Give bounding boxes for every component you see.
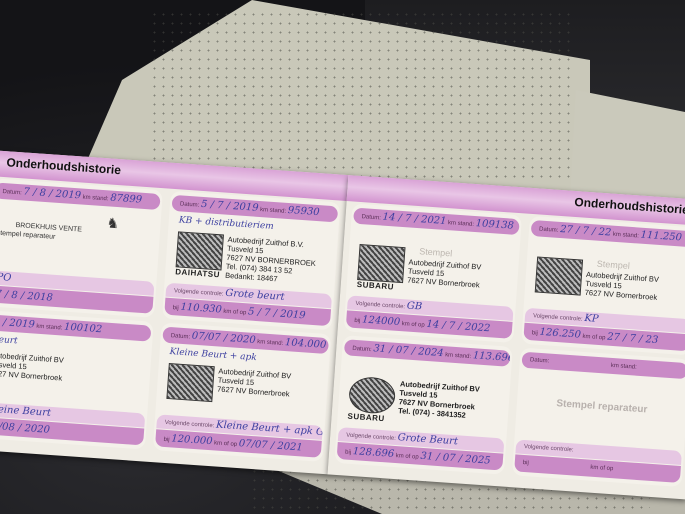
service-entry: Datum: 14 / 7 / 2021 km stand: 109138 SU… xyxy=(344,203,523,343)
next-check-label: Volgende controle: xyxy=(346,433,396,442)
service-date: 27 / 7 / 22 xyxy=(560,224,612,239)
booklet-left-page: Onderhoudshistorie Datum: 7 / 8 / 2019 k… xyxy=(0,150,349,474)
service-date: 5 / 7 / 2019 xyxy=(201,199,259,214)
at-km-label: bij xyxy=(163,437,169,443)
date-label: Datum: xyxy=(352,346,372,353)
service-entry-empty: Datum: km stand: Stempel reparateur Volg… xyxy=(512,348,685,488)
next-check-label: Volgende controle: xyxy=(524,444,574,453)
stamp-placeholder: Stempel xyxy=(597,259,631,271)
stamp-address: Autobedrijf Zuithof B.V. Tusveld 15 7627… xyxy=(225,235,318,286)
dealer-stamp: Autobedrijf Zuithof BV Tusveld 15 7627 N… xyxy=(166,361,321,421)
subaru-logo-icon xyxy=(166,363,214,402)
stamp-address: Autobedrijf Zuithof BV Tusveld 15 7627 N… xyxy=(217,367,292,399)
service-mileage: 100102 xyxy=(64,322,103,336)
at-km-label: bij xyxy=(173,305,179,311)
dealer-stamp: SUBARU Autobedrijf Zuithof BV Tusveld 15… xyxy=(347,374,502,434)
section-title: Onderhoudshistorie xyxy=(574,195,685,217)
service-mileage: 111.250 xyxy=(640,230,682,244)
mileage-label: km stand: xyxy=(611,363,637,371)
next-check-value: Grote Beurt xyxy=(397,432,458,447)
date-label: Datum: xyxy=(2,189,22,196)
next-check-date: 7 / 8 / 2018 xyxy=(0,289,53,304)
next-check-km: 126.250 xyxy=(539,327,581,341)
daihatsu-logo-icon xyxy=(176,231,224,270)
at-km-label: bij xyxy=(354,318,360,324)
service-mileage: 104.000 xyxy=(285,337,327,351)
next-check-date: 07/07 / 2021 xyxy=(238,438,303,453)
stamp-brand: DAIHATSU xyxy=(175,267,220,279)
stamp-placeholder: Stempel xyxy=(419,246,453,258)
date-label: Datum: xyxy=(530,357,550,364)
stamp-address: Autobedrijf Zuithof BV Tusveld 15 7627 N… xyxy=(398,379,480,420)
mileage-label: km stand: xyxy=(613,232,639,240)
subaru-logo-icon xyxy=(535,256,583,295)
service-mileage: 95930 xyxy=(287,205,320,218)
km-or-on-label: km of op xyxy=(214,440,237,448)
date-mileage-bar: Datum: 14 / 7 / 2021 km stand: 109138 xyxy=(353,208,520,236)
next-check-date: 31 / 07 / 2025 xyxy=(420,451,491,467)
photo-scene: Onderhoudshistorie Datum: 7 / 8 / 2019 k… xyxy=(0,0,685,514)
date-mileage-bar: Datum: 27 / 7 / 22 km stand: 111.250 xyxy=(531,220,685,248)
stamp-placeholder: Stempel reparateur xyxy=(517,395,685,419)
mileage-label: km stand: xyxy=(257,339,283,347)
next-check-date: 27 / 7 / 23 xyxy=(607,332,659,347)
dealer-stamp: BROEKHUIS VENTE Stempel reparateur ♞ xyxy=(0,211,83,262)
service-mileage: 113.696 xyxy=(472,350,510,364)
at-km-label: bij xyxy=(345,450,351,456)
service-mileage: 87899 xyxy=(110,193,143,206)
service-entry: Datum: 7 / 8 / 2019 km stand: 87899 BROE… xyxy=(0,178,163,318)
mileage-label: km stand: xyxy=(82,195,108,203)
date-mileage-bar: 9 / 2019 km stand: 100102 xyxy=(0,314,151,342)
stamp-address: BROEKHUIS VENTE Stempel reparateur xyxy=(0,222,82,241)
date-label: Datum: xyxy=(539,227,559,234)
section-title: Onderhoudshistorie xyxy=(6,155,121,177)
stamp-address: Autobedrijf Zuithof BV Tusveld 15 7627 N… xyxy=(0,351,64,383)
service-entry: Datum: 07/07 / 2020 km stand: 104.000 Kl… xyxy=(153,322,332,462)
dealer-stamp: DAIHATSU Autobedrijf Zuithof B.V. Tusvel… xyxy=(175,229,330,289)
at-km-label: bij xyxy=(532,330,538,336)
next-check-label: Volgende controle: xyxy=(355,301,405,310)
next-check-label: Volgende controle: xyxy=(533,313,583,322)
mileage-label: km stand: xyxy=(448,220,474,228)
service-entry: Datum: 31 / 07 / 2024 km stand: 113.696 … xyxy=(334,335,513,475)
next-check-km: 124000 xyxy=(362,314,401,328)
next-check-km: 120.000 xyxy=(171,433,213,447)
km-or-on-label: km of op xyxy=(223,309,246,317)
peugeot-lion-icon: ♞ xyxy=(106,218,119,228)
next-check-value: Kleine Beurt xyxy=(0,403,51,418)
date-label: Datum: xyxy=(171,333,191,340)
service-date: 9 / 2019 xyxy=(0,317,35,331)
booklet-right-page: Onderhoudshistorie Datum: 14 / 7 / 2021 … xyxy=(327,175,685,499)
date-label: Datum: xyxy=(180,201,200,208)
dealer-stamp: Stempel Autobedrijf Zuithof BV Tusveld 1… xyxy=(534,254,685,314)
next-check-value: Grote beurt xyxy=(225,288,285,303)
km-or-on-label: km of op xyxy=(401,321,424,329)
km-or-on-label: km of op xyxy=(590,465,613,473)
stamp-address: Autobedrijf Zuithof BV Tusveld 15 7627 N… xyxy=(407,258,482,290)
mileage-label: km stand: xyxy=(445,352,471,360)
service-date: 14 / 7 / 2021 xyxy=(382,212,447,227)
next-check-date: 14 / 7 / 2022 xyxy=(426,319,491,334)
dealer-stamp: SUBARU Stempel Autobedrijf Zuithof BV Tu… xyxy=(356,242,511,302)
next-check-date: 5 / 7 / 2019 xyxy=(248,306,306,321)
service-entry: 9 / 2019 km stand: 100102 Beurt Autobedr… xyxy=(0,310,154,450)
mileage-label: km stand: xyxy=(36,324,62,332)
service-date: 07/07 / 2020 xyxy=(191,331,256,346)
at-km-label: bij xyxy=(523,460,529,466)
service-note: Kleine Beurt + apk xyxy=(169,347,257,363)
stamp-address: Autobedrijf Zuithof BV Tusveld 15 7627 N… xyxy=(585,270,660,302)
next-check-value: GB xyxy=(406,300,422,312)
stamp-brand: SUBARU xyxy=(347,412,385,424)
service-note: Beurt xyxy=(0,335,18,347)
next-check-value: PO xyxy=(0,272,12,284)
service-date: 7 / 8 / 2019 xyxy=(23,186,81,201)
perforation-pattern xyxy=(150,10,570,180)
stamp-brand: SUBARU xyxy=(357,280,395,292)
service-mileage: 109138 xyxy=(475,218,514,232)
km-or-on-label: km of op xyxy=(395,453,418,461)
date-mileage-bar: Datum: 31 / 07 / 2024 km stand: 113.696 xyxy=(344,339,511,367)
service-date: 31 / 07 / 2024 xyxy=(373,343,444,359)
subaru-logo-icon xyxy=(357,244,405,283)
service-entry: Datum: 5 / 7 / 2019 km stand: 95930 KB +… xyxy=(162,191,341,331)
subaru-logo-icon xyxy=(348,376,396,415)
maintenance-booklet: Onderhoudshistorie Datum: 7 / 8 / 2019 k… xyxy=(0,140,685,514)
dealer-stamp: Autobedrijf Zuithof BV Tusveld 15 7627 N… xyxy=(0,349,143,409)
mileage-label: km stand: xyxy=(260,207,286,215)
date-label: Datum: xyxy=(361,214,381,221)
service-entry: Datum: 27 / 7 / 22 km stand: 111.250 Ste… xyxy=(521,216,685,356)
next-check-date: 05/08 / 2020 xyxy=(0,420,50,435)
next-check-value: KP xyxy=(584,313,599,325)
date-mileage-bar: Datum: 7 / 8 / 2019 km stand: 87899 xyxy=(0,182,161,210)
next-check-km: 128.696 xyxy=(352,446,394,460)
next-check-label: Volgende controle: xyxy=(164,420,214,429)
next-check-label: Volgende controle: xyxy=(174,288,224,297)
km-or-on-label: km of op xyxy=(582,334,605,342)
date-mileage-bar: Datum: km stand: xyxy=(521,352,685,380)
next-check-km: 110.930 xyxy=(180,302,222,316)
